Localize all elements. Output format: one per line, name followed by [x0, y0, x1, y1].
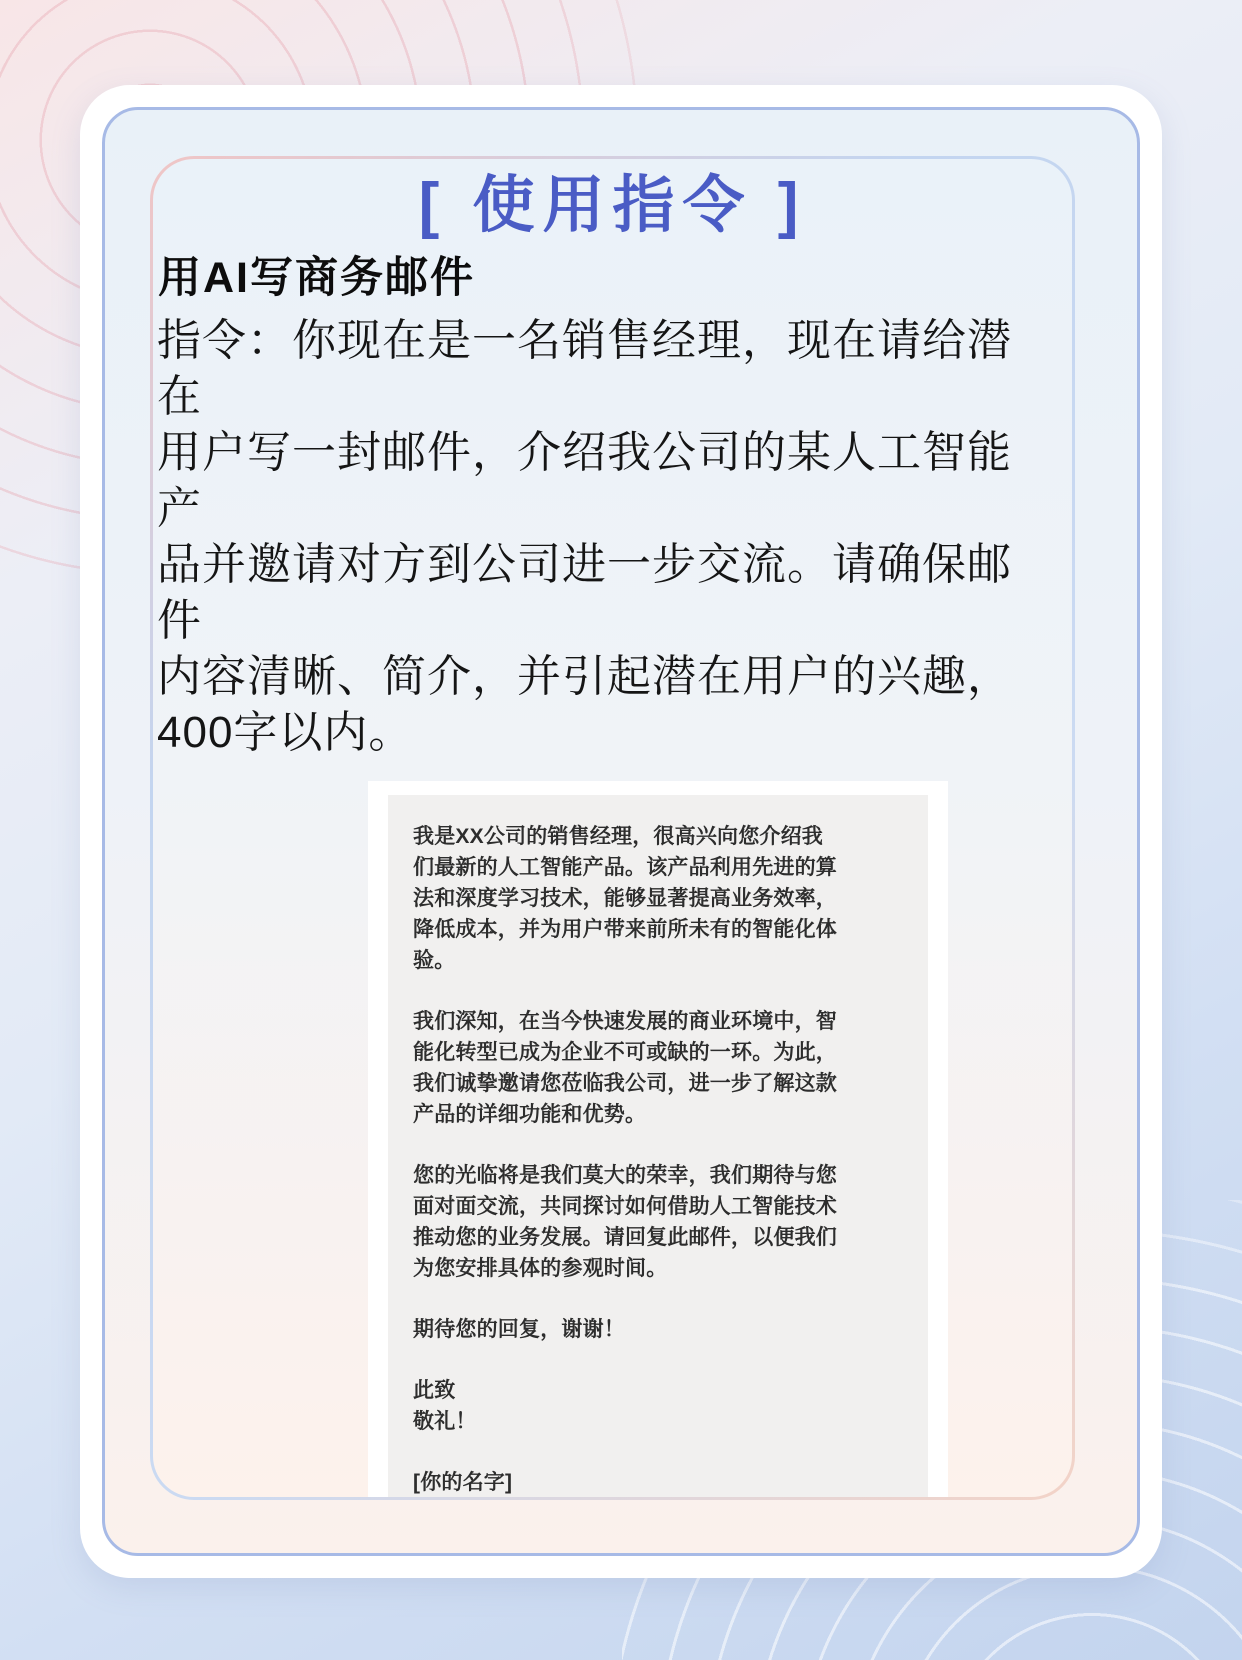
post-heading: 用AI写商务邮件 [158, 251, 1072, 305]
prompt-text: 指令：你现在是一名销售经理，现在请给潜在 用户写一封邮件，介绍我公司的某人工智能… [157, 313, 1036, 761]
email-screenshot: 我是XX公司的销售经理，很高兴向您介绍我 们最新的人工智能产品。该产品利用先进的… [368, 781, 948, 1497]
email-paragraph: 我们深知，在当今快速发展的商业环境中，智 能化转型已成为企业不可或缺的一环。为此… [413, 1006, 912, 1130]
content-panel: [ 使用指令 ] 用AI写商务邮件 指令：你现在是一名销售经理，现在请给潜在 用… [153, 159, 1072, 1497]
email-paragraph: 期待您的回复，谢谢！ [413, 1314, 912, 1345]
email-body: 我是XX公司的销售经理，很高兴向您介绍我 们最新的人工智能产品。该产品利用先进的… [388, 795, 928, 1497]
card-blue-border-panel: [ 使用指令 ] 用AI写商务邮件 指令：你现在是一名销售经理，现在请给潜在 用… [102, 107, 1140, 1556]
email-paragraph: 您的光临将是我们莫大的荣幸，我们期待与您 面对面交流，共同探讨如何借助人工智能技… [413, 1160, 912, 1284]
page-title: [ 使用指令 ] [153, 167, 1072, 245]
email-signoff: 此致 敬礼！ [413, 1375, 912, 1437]
email-paragraph: 我是XX公司的销售经理，很高兴向您介绍我 们最新的人工智能产品。该产品利用先进的… [413, 821, 912, 976]
email-signature-block: [你的名字] [你的职位] [公司名称] [日期] [413, 1467, 912, 1497]
content-gradient-frame: [ 使用指令 ] 用AI写商务邮件 指令：你现在是一名销售经理，现在请给潜在 用… [150, 156, 1075, 1500]
post-card: [ 使用指令 ] 用AI写商务邮件 指令：你现在是一名销售经理，现在请给潜在 用… [80, 85, 1162, 1578]
